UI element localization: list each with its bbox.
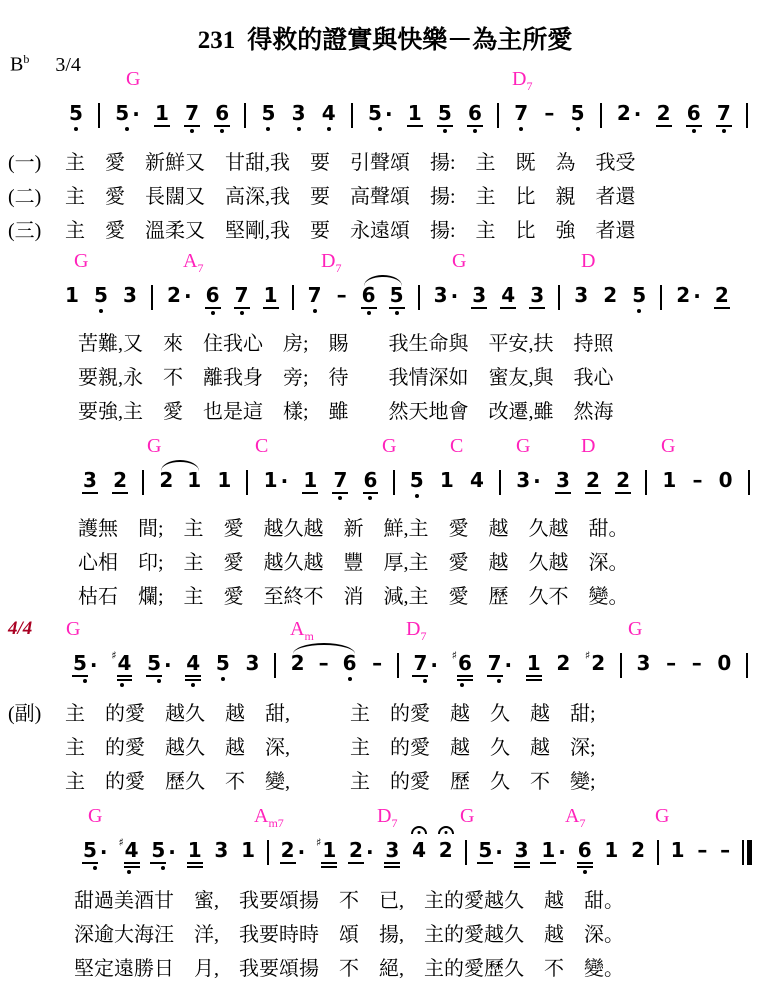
low-octave-dot [423, 679, 427, 683]
low-octave-dot [161, 866, 165, 870]
barline [151, 285, 153, 310]
dash-extension: – [696, 840, 708, 862]
note: 1 [439, 470, 455, 492]
augmentation-dot: · [90, 655, 98, 675]
music-system-4: 4/4GAmD7G5·♯45·4532–6–7·♯67·12♯23––0 [0, 618, 770, 688]
lyrics-row: (副)主 的愛 越久 越 甜, 主 的愛 越 久 越 甜; [8, 697, 770, 731]
chord-label: D7 [377, 805, 397, 834]
lyrics-row: 心相 印; 主 愛 越久越 豐 厚,主 愛 越 久越 深。 [78, 546, 770, 580]
note: 1 [302, 470, 318, 494]
lyrics-row: 要親,永 不 離我身 旁; 待 我情深如 蜜友,與 我心 [78, 361, 770, 395]
chord-label: C [255, 435, 268, 457]
lyrics-row: 要強,主 愛 也是這 樣; 雖 然天地會 改遷,雖 然海 [78, 395, 770, 429]
chord-label: G [655, 805, 669, 827]
low-octave-dot [99, 309, 103, 313]
note: 6 [205, 285, 221, 315]
barline [142, 470, 144, 495]
low-octave-dot [93, 866, 97, 870]
low-octave-dot [157, 679, 161, 683]
chord-label: G [382, 435, 396, 457]
barline [645, 470, 647, 495]
low-octave-dot [583, 870, 587, 874]
low-octave-dot [692, 129, 696, 133]
sharp-icon: ♯ [111, 650, 116, 661]
verse-label [8, 765, 65, 799]
note: 6 [363, 470, 379, 500]
note: 5· [146, 653, 172, 683]
rest-note: 0 [716, 653, 732, 675]
low-octave-dot [368, 496, 372, 500]
chord-label: D7 [406, 618, 426, 647]
note: 2 [112, 470, 128, 494]
note: 6 [214, 103, 230, 133]
note: 3 [573, 285, 589, 307]
note: 5 [68, 103, 84, 131]
note: 1 [263, 285, 279, 309]
low-octave-dot [266, 127, 270, 131]
note: 4 [185, 653, 201, 687]
note: 3 [244, 653, 260, 675]
notation-row: 5·♯45·1312·♯12·3425·31·6121–– [0, 829, 770, 875]
barline [746, 103, 748, 128]
note: 3 [213, 840, 229, 862]
barline [244, 103, 246, 128]
note: 1 [670, 840, 686, 862]
verse-lines-1: (一)主 愛 新鮮又 甘甜,我 要 引聲頌 揚: 主 既 為 我受(二)主 愛 … [0, 146, 770, 248]
note: 2 [714, 285, 730, 309]
note: 5 [389, 285, 405, 315]
lyrics-text: 主 愛 新鮮又 甘甜,我 要 引聲頌 揚: 主 既 為 我受 [65, 146, 636, 180]
lyrics-text: 主 的愛 歷久 不 變, 主 的愛 歷 久 不 變; [65, 765, 596, 799]
note: 3 [471, 285, 487, 309]
note: 5 [261, 103, 277, 131]
dash-extension: – [692, 470, 704, 492]
note: 7· [412, 653, 438, 683]
slur-group: 65 [361, 285, 405, 315]
sharp-icon: ♯ [316, 837, 321, 848]
note: 2· [166, 285, 192, 307]
low-octave-dot [120, 683, 124, 687]
chorus-lines: (副)主 的愛 越久 越 甜, 主 的愛 越 久 越 甜;主 的愛 越久 越 深… [0, 697, 770, 799]
note: 1 [187, 840, 203, 868]
chord-label: D [581, 435, 595, 457]
chorus-lines-2: 甜過美酒甘 蜜, 我要頌揚 不 已, 主的愛越久 越 甜。深逾大海汪 洋, 我要… [0, 884, 770, 986]
low-octave-dot [220, 129, 224, 133]
chord-row: GCGCGDG [0, 435, 770, 459]
low-octave-dot [338, 496, 342, 500]
augmentation-dot: · [164, 655, 172, 675]
lyrics-text: 甜過美酒甘 蜜, 我要頌揚 不 已, 主的愛越久 越 甜。 [74, 884, 624, 918]
dash-extension: – [543, 103, 555, 125]
note: 1 [526, 653, 542, 681]
chord-label: G [628, 618, 642, 640]
low-octave-dot [473, 129, 477, 133]
sharp-icon: ♯ [118, 837, 123, 848]
barline [497, 103, 499, 128]
note: 2 [585, 470, 601, 494]
note: 7 [307, 285, 323, 313]
note: 7 [234, 285, 250, 315]
note: 2 [555, 653, 571, 675]
notation-row: 5·♯45·4532–6–7·♯67·12♯23––0 [0, 642, 770, 688]
note: 4 [411, 840, 427, 862]
lyrics-text: 枯石 爛; 主 愛 至終不 消 減,主 愛 歷 久不 變。 [78, 580, 629, 614]
low-octave-dot [297, 127, 301, 131]
page-title: 231得救的證實與快樂－為主所愛 [0, 0, 770, 56]
lyrics-row: 苦難,又 來 住我心 房; 賜 我生命與 平安,扶 持照 [78, 327, 770, 361]
note: 3 [514, 840, 530, 868]
augmentation-dot: · [533, 471, 541, 491]
low-octave-dot [722, 129, 726, 133]
augmentation-dot: · [505, 655, 513, 675]
note: 2 [290, 653, 306, 675]
low-octave-dot [367, 311, 371, 315]
final-barline [742, 840, 752, 865]
music-system-1: GD755·1765345·1567–52·267 [0, 68, 770, 138]
lyrics-row: 主 的愛 歷久 不 變, 主 的愛 歷 久 不 變; [8, 765, 770, 799]
chord-label: D7 [512, 68, 532, 97]
slur-group: 21 [158, 470, 202, 492]
note: 4 [500, 285, 516, 309]
chord-row: GAm7D7GA7G [0, 805, 770, 829]
barline [558, 285, 560, 310]
note: 4 [469, 470, 485, 492]
note: 5 [437, 103, 453, 133]
low-octave-dot [240, 311, 244, 315]
augmentation-dot: · [298, 842, 306, 862]
barline [600, 103, 602, 128]
low-octave-dot [443, 129, 447, 133]
augmentation-dot: · [430, 655, 438, 675]
low-octave-dot [127, 870, 131, 874]
note: 2· [616, 103, 642, 125]
chord-label: D [581, 250, 595, 272]
note: 6 [577, 840, 593, 874]
note: 7 [332, 470, 348, 500]
verse-label: (一) [8, 146, 65, 180]
chord-label: G [126, 68, 140, 90]
note: 2· [348, 840, 374, 864]
music-system-5: GAm7D7GA7G5·♯45·1312·♯12·3425·31·6121–– [0, 805, 770, 875]
lyrics-row: (一)主 愛 新鮮又 甘甜,我 要 引聲頌 揚: 主 既 為 我受 [8, 146, 770, 180]
augmentation-dot: · [168, 842, 176, 862]
chord-row: GD7 [0, 68, 770, 92]
low-octave-dot [576, 127, 580, 131]
note: 3 [635, 653, 651, 675]
low-octave-dot [460, 683, 464, 687]
lyrics-text: 要強,主 愛 也是這 樣; 雖 然天地會 改遷,雖 然海 [78, 395, 614, 429]
notation-row: 1532·6717–653·3433252·2 [0, 274, 770, 320]
lyrics-text: 苦難,又 來 住我心 房; 賜 我生命與 平安,扶 持照 [78, 327, 614, 361]
note: 6 [686, 103, 702, 133]
low-octave-dot [74, 127, 78, 131]
note: 3 [384, 840, 400, 868]
note: 5· [114, 103, 140, 131]
note: 1 [154, 103, 170, 127]
note: 3· [515, 470, 541, 492]
note: ♯6 [452, 653, 473, 687]
barline [274, 653, 276, 678]
note: 1 [407, 103, 423, 127]
chord-label: G [66, 618, 80, 640]
sharp-icon: ♯ [452, 650, 457, 661]
lyrics-row: 枯石 爛; 主 愛 至終不 消 減,主 愛 歷 久不 變。 [78, 580, 770, 614]
low-octave-dot [221, 677, 225, 681]
note: 6 [361, 285, 377, 315]
chord-label: Am [290, 618, 314, 647]
chord-label: G [147, 435, 161, 457]
note: 2 [158, 470, 174, 492]
chord-row: GA7D7GD [0, 250, 770, 274]
low-octave-dot [378, 127, 382, 131]
dash-extension: – [336, 285, 348, 307]
note: 6 [342, 653, 358, 681]
augmentation-dot: · [184, 286, 192, 306]
lyrics-text: 主 愛 長闊又 高深,我 要 高聲頌 揚: 主 比 親 者還 [65, 180, 636, 214]
note: 3 [122, 285, 138, 307]
note: 1 [240, 840, 256, 862]
chord-label: G [460, 805, 474, 827]
note: ♯4 [111, 653, 132, 687]
lyrics-text: 堅定遠勝日 月, 我要頌揚 不 絕, 主的愛歷久 不 變。 [74, 952, 624, 986]
low-octave-dot [313, 309, 317, 313]
note: 5· [72, 653, 98, 683]
barline [246, 470, 248, 495]
chord-label: D7 [321, 250, 341, 279]
sharp-icon: ♯ [585, 650, 590, 661]
rest-note: 0 [718, 470, 734, 492]
barline [292, 285, 294, 310]
note: 7 [184, 103, 200, 133]
lyrics-text: 要親,永 不 離我身 旁; 待 我情深如 蜜友,與 我心 [78, 361, 614, 395]
note: 3· [433, 285, 459, 307]
low-octave-dot [125, 127, 129, 131]
note: 2 [630, 840, 646, 862]
verse-label [8, 731, 65, 765]
dash-extension: – [318, 653, 330, 675]
note: 7 [513, 103, 529, 131]
lyrics-text: 主 的愛 越久 越 甜, 主 的愛 越 久 越 甜; [65, 697, 596, 731]
lyrics-text: 深逾大海汪 洋, 我要時時 頌 揚, 主的愛越久 越 深。 [74, 918, 624, 952]
note: 4 [321, 103, 337, 131]
chord-label: G [88, 805, 102, 827]
lyrics-row: 堅定遠勝日 月, 我要頌揚 不 絕, 主的愛歷久 不 變。 [74, 952, 770, 986]
hymn-title-text: 得救的證實與快樂－為主所愛 [247, 27, 572, 54]
note: 5· [477, 840, 503, 864]
lyrics-row: 主 的愛 越久 越 深, 主 的愛 越 久 越 深; [8, 731, 770, 765]
chord-label: G [516, 435, 530, 457]
barline [657, 840, 659, 865]
low-octave-dot [327, 127, 331, 131]
augmentation-dot: · [495, 842, 503, 862]
note: 5· [367, 103, 393, 131]
meter-change: 4/4 [8, 618, 32, 640]
chord-label: G [661, 435, 675, 457]
chord-row: 4/4GAmD7G [0, 618, 770, 642]
note: 5 [93, 285, 109, 313]
chord-label: A7 [183, 250, 203, 279]
note: 7· [487, 653, 513, 683]
note: 3 [82, 470, 98, 494]
lyrics-row: (二)主 愛 長闊又 高深,我 要 高聲頌 揚: 主 比 親 者還 [8, 180, 770, 214]
low-octave-dot [519, 127, 523, 131]
low-octave-dot [83, 679, 87, 683]
augmentation-dot: · [385, 104, 393, 124]
note: ♯1 [316, 840, 337, 868]
chord-label: A7 [565, 805, 585, 834]
notation-row: 322111·1765143·3221–0 [0, 459, 770, 505]
augmentation-dot: · [281, 471, 289, 491]
note: 6 [467, 103, 483, 133]
barline [98, 103, 100, 128]
barline [660, 285, 662, 310]
lyrics-text: 主 的愛 越久 越 深, 主 的愛 越 久 越 深; [65, 731, 596, 765]
note: ♯4 [118, 840, 139, 874]
barline [418, 285, 420, 310]
note: 2· [280, 840, 306, 864]
barline [748, 470, 750, 495]
note: 1 [216, 470, 232, 492]
note: 1 [186, 470, 202, 492]
dash-extension: – [691, 653, 703, 675]
low-octave-dot [637, 309, 641, 313]
lyrics-text: 護無 間; 主 愛 越久越 新 鮮,主 愛 越 久越 甜。 [78, 512, 629, 546]
augmentation-dot: · [366, 842, 374, 862]
note: 3 [555, 470, 571, 494]
notation-row: 55·1765345·1567–52·267 [0, 92, 770, 138]
lyrics-text: 主 愛 溫柔又 堅剛,我 要 永遠頌 揚: 主 比 強 者還 [65, 214, 636, 248]
note: 1· [263, 470, 289, 492]
verse-label: (副) [8, 697, 65, 731]
barline [465, 840, 467, 865]
note: 5 [409, 470, 425, 498]
note: 5 [215, 653, 231, 681]
note: 2 [656, 103, 672, 127]
note: 5 [631, 285, 647, 313]
barline [499, 470, 501, 495]
music-system-2: GA7D7GD1532·6717–653·3433252·2 [0, 250, 770, 320]
augmentation-dot: · [693, 286, 701, 306]
note: 1 [661, 470, 677, 492]
augmentation-dot: · [451, 286, 459, 306]
chord-label: G [74, 250, 88, 272]
barline [746, 653, 748, 678]
dash-extension: – [719, 840, 731, 862]
chord-label: G [452, 250, 466, 272]
note: 2 [615, 470, 631, 494]
note: ♯2 [585, 653, 606, 675]
verse-label: (二) [8, 180, 65, 214]
note: 3 [529, 285, 545, 309]
note: 2 [438, 840, 454, 862]
dash-extension: – [371, 653, 383, 675]
lyrics-row: 深逾大海汪 洋, 我要時時 頌 揚, 主的愛越久 越 深。 [74, 918, 770, 952]
barline [351, 103, 353, 128]
augmentation-dot: · [132, 104, 140, 124]
hymn-number: 231 [198, 27, 236, 54]
verse-lines-2: 苦難,又 來 住我心 房; 賜 我生命與 平安,扶 持照要親,永 不 離我身 旁… [0, 327, 770, 429]
barline [620, 653, 622, 678]
note: 5· [82, 840, 108, 870]
low-octave-dot [211, 311, 215, 315]
note: 5· [150, 840, 176, 870]
lyrics-text: 心相 印; 主 愛 越久越 豐 厚,主 愛 越 久越 深。 [78, 546, 629, 580]
barline [397, 653, 399, 678]
note: 1 [603, 840, 619, 862]
note: 2· [675, 285, 701, 307]
low-octave-dot [415, 494, 419, 498]
low-octave-dot [395, 311, 399, 315]
low-octave-dot [497, 679, 501, 683]
note: 5 [570, 103, 586, 131]
augmentation-dot: · [634, 104, 642, 124]
chord-label: C [450, 435, 463, 457]
augmentation-dot: · [100, 842, 108, 862]
chord-label: Am7 [254, 805, 284, 834]
dash-extension: – [665, 653, 677, 675]
lyrics-row: (三)主 愛 溫柔又 堅剛,我 要 永遠頌 揚: 主 比 強 者還 [8, 214, 770, 248]
low-octave-dot [348, 677, 352, 681]
verse-lines-3: 護無 間; 主 愛 越久越 新 鮮,主 愛 越 久越 甜。心相 印; 主 愛 越… [0, 512, 770, 614]
note: 1· [540, 840, 566, 864]
lyrics-row: 甜過美酒甘 蜜, 我要頌揚 不 已, 主的愛越久 越 甜。 [74, 884, 770, 918]
note: 7 [716, 103, 732, 133]
hymn-sheet: 231得救的證實與快樂－為主所愛 Bb3/4 GD755·1765345·156… [0, 0, 770, 993]
verse-label: (三) [8, 214, 65, 248]
low-octave-dot [190, 129, 194, 133]
flat-mark: b [23, 52, 29, 66]
slur-group: 2–6 [290, 653, 358, 681]
music-system-3: GCGCGDG322111·1765143·3221–0 [0, 435, 770, 505]
note: 3 [291, 103, 307, 131]
augmentation-dot: · [558, 842, 566, 862]
note: 2 [602, 285, 618, 307]
barline [267, 840, 269, 865]
note: 1 [64, 285, 80, 307]
barline [393, 470, 395, 495]
low-octave-dot [191, 683, 195, 687]
lyrics-row: 護無 間; 主 愛 越久越 新 鮮,主 愛 越 久越 甜。 [78, 512, 770, 546]
